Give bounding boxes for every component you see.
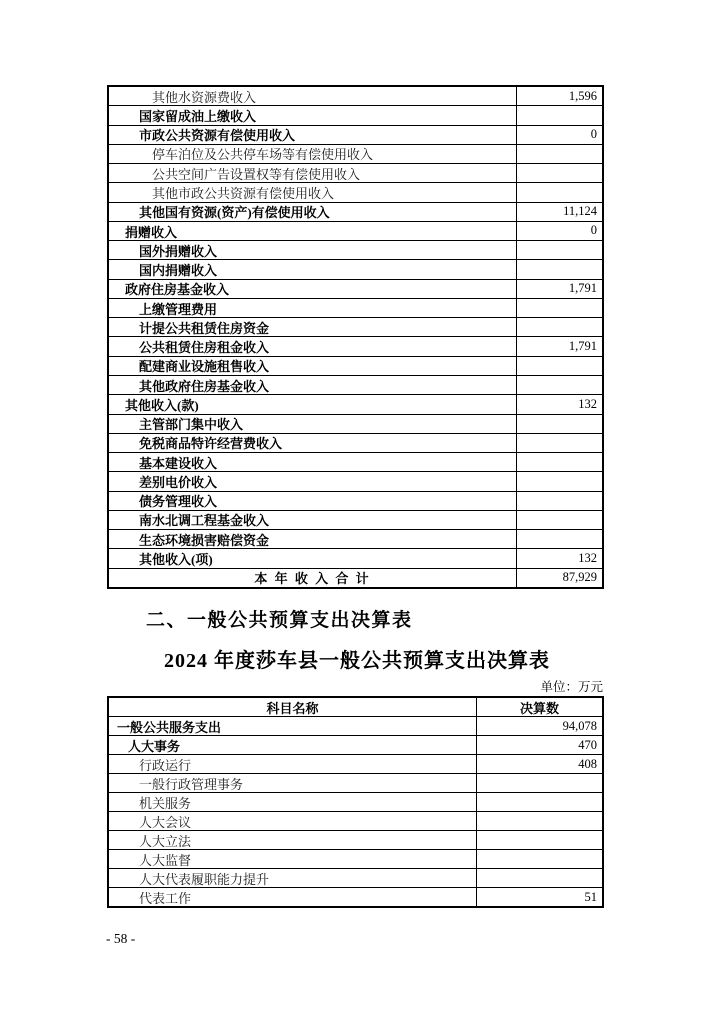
table-row: 配建商业设施租售收入: [109, 356, 602, 375]
row-amount-value: 0: [516, 222, 602, 240]
row-amount-value: 408: [476, 755, 602, 773]
table-row: 一般公共服务支出94,078: [109, 716, 602, 735]
row-subject-label: 其他水资源费收入: [109, 87, 516, 105]
table-row: 市政公共资源有偿使用收入0: [109, 125, 602, 144]
table-row: 国家留成油上缴收入: [109, 105, 602, 124]
row-amount-value: 11,124: [516, 203, 602, 221]
row-subject-label: 代表工作: [109, 888, 476, 906]
row-subject-label: 政府住房基金收入: [109, 280, 516, 298]
row-subject-label: 人大立法: [109, 831, 476, 849]
table-row: 基本建设收入: [109, 452, 602, 471]
page-number: - 58 -: [106, 931, 135, 947]
row-subject-label: 本 年 收 入 合 计: [109, 569, 516, 587]
row-amount-value: [516, 260, 602, 278]
table-row: 人大立法: [109, 830, 602, 849]
row-amount-value: [516, 492, 602, 510]
row-subject-label: 基本建设收入: [109, 453, 516, 471]
row-subject-label: 停车泊位及公共停车场等有偿使用收入: [109, 145, 516, 163]
table-row: 人大会议: [109, 811, 602, 830]
row-subject-label: 公共租赁住房租金收入: [109, 337, 516, 355]
table-row: 其他政府住房基金收入: [109, 375, 602, 394]
row-amount-value: [516, 318, 602, 336]
row-subject-label: 机关服务: [109, 793, 476, 811]
row-subject-label: 上缴管理费用: [109, 299, 516, 317]
revenue-table: 其他水资源费收入1,596国家留成油上缴收入市政公共资源有偿使用收入0停车泊位及…: [107, 85, 604, 589]
table-row: 捐赠收入0: [109, 221, 602, 240]
row-subject-label: 一般行政管理事务: [109, 774, 476, 792]
row-subject-label: 国家留成油上缴收入: [109, 106, 516, 124]
row-subject-label: 其他收入(项): [109, 549, 516, 567]
row-subject-label: 其他市政公共资源有偿使用收入: [109, 183, 516, 201]
row-amount-value: 51: [476, 888, 602, 906]
section-heading: 二、一般公共预算支出决算表: [146, 605, 413, 632]
row-subject-label: 其他国有资源(资产)有偿使用收入: [109, 203, 516, 221]
final-amount-header: 决算数: [476, 698, 602, 716]
table-row: 人大监督: [109, 849, 602, 868]
row-subject-label: 其他政府住房基金收入: [109, 376, 516, 394]
row-subject-label: 人大事务: [109, 736, 476, 754]
row-subject-label: 捐赠收入: [109, 222, 516, 240]
row-subject-label: 南水北调工程基金收入: [109, 511, 516, 529]
table-row: 行政运行408: [109, 754, 602, 773]
row-subject-label: 差别电价收入: [109, 472, 516, 490]
table-row: 公共租赁住房租金收入1,791: [109, 336, 602, 355]
row-amount-value: 94,078: [476, 717, 602, 735]
row-subject-label: 免税商品特许经营费收入: [109, 434, 516, 452]
row-subject-label: 生态环境损害赔偿资金: [109, 530, 516, 548]
row-subject-label: 债务管理收入: [109, 492, 516, 510]
row-amount-value: [516, 183, 602, 201]
table-row: 计提公共租赁住房资金: [109, 317, 602, 336]
table-row: 主管部门集中收入: [109, 414, 602, 433]
table-row: 其他水资源费收入1,596: [109, 87, 602, 105]
table-row: 其他收入(款)132: [109, 394, 602, 413]
row-amount-value: [516, 472, 602, 490]
table-row: 差别电价收入: [109, 471, 602, 490]
table-row: 一般行政管理事务: [109, 773, 602, 792]
table-row: 南水北调工程基金收入: [109, 510, 602, 529]
table-row: 机关服务: [109, 792, 602, 811]
row-subject-label: 配建商业设施租售收入: [109, 357, 516, 375]
row-subject-label: 计提公共租赁住房资金: [109, 318, 516, 336]
row-subject-label: 主管部门集中收入: [109, 415, 516, 433]
row-subject-label: 人大会议: [109, 812, 476, 830]
table-row: 国外捐赠收入: [109, 240, 602, 259]
row-amount-value: 470: [476, 736, 602, 754]
row-amount-value: 87,929: [516, 569, 602, 587]
row-amount-value: [476, 869, 602, 887]
row-subject-label: 国外捐赠收入: [109, 241, 516, 259]
table-row: 上缴管理费用: [109, 298, 602, 317]
table-row: 代表工作51: [109, 887, 602, 906]
table-header-row: 科目名称 决算数: [109, 698, 602, 716]
row-amount-value: 132: [516, 395, 602, 413]
table-row: 债务管理收入: [109, 491, 602, 510]
table-row: 国内捐赠收入: [109, 259, 602, 278]
row-amount-value: [516, 299, 602, 317]
row-amount-value: [476, 812, 602, 830]
row-amount-value: [516, 434, 602, 452]
expenditure-table-title: 2024 年度莎车县一般公共预算支出决算表: [0, 644, 714, 673]
row-amount-value: [476, 850, 602, 868]
table-row: 生态环境损害赔偿资金: [109, 529, 602, 548]
row-subject-label: 市政公共资源有偿使用收入: [109, 126, 516, 144]
row-amount-value: 1,596: [516, 87, 602, 105]
table-row: 人大事务470: [109, 735, 602, 754]
row-amount-value: [516, 106, 602, 124]
row-amount-value: 1,791: [516, 280, 602, 298]
row-amount-value: [476, 774, 602, 792]
row-subject-label: 人大代表履职能力提升: [109, 869, 476, 887]
row-amount-value: [516, 453, 602, 471]
row-amount-value: 0: [516, 126, 602, 144]
row-subject-label: 国内捐赠收入: [109, 260, 516, 278]
table-row: 其他国有资源(资产)有偿使用收入11,124: [109, 202, 602, 221]
row-subject-label: 人大监督: [109, 850, 476, 868]
table-row: 其他市政公共资源有偿使用收入: [109, 182, 602, 201]
row-amount-value: [476, 831, 602, 849]
table-row: 停车泊位及公共停车场等有偿使用收入: [109, 144, 602, 163]
table-row: 免税商品特许经营费收入: [109, 433, 602, 452]
row-amount-value: [516, 530, 602, 548]
table-row: 政府住房基金收入1,791: [109, 279, 602, 298]
table-row: 公共空间广告设置权等有偿使用收入: [109, 163, 602, 182]
row-amount-value: [516, 145, 602, 163]
row-subject-label: 公共空间广告设置权等有偿使用收入: [109, 164, 516, 182]
row-amount-value: [516, 511, 602, 529]
row-amount-value: [516, 376, 602, 394]
unit-label: 单位：万元: [540, 677, 603, 695]
table-row: 其他收入(项)132: [109, 548, 602, 567]
row-subject-label: 行政运行: [109, 755, 476, 773]
row-subject-label: 其他收入(款): [109, 395, 516, 413]
row-amount-value: 132: [516, 549, 602, 567]
document-page: 其他水资源费收入1,596国家留成油上缴收入市政公共资源有偿使用收入0停车泊位及…: [0, 0, 714, 1010]
table-row: 人大代表履职能力提升: [109, 868, 602, 887]
expenditure-table: 科目名称 决算数 一般公共服务支出94,078人大事务470行政运行408一般行…: [107, 696, 604, 908]
row-subject-label: 一般公共服务支出: [109, 717, 476, 735]
row-amount-value: 1,791: [516, 337, 602, 355]
row-amount-value: [516, 357, 602, 375]
row-amount-value: [516, 415, 602, 433]
row-amount-value: [516, 241, 602, 259]
subject-name-header: 科目名称: [109, 698, 476, 716]
row-amount-value: [476, 793, 602, 811]
table-row: 本 年 收 入 合 计87,929: [109, 568, 602, 587]
row-amount-value: [516, 164, 602, 182]
